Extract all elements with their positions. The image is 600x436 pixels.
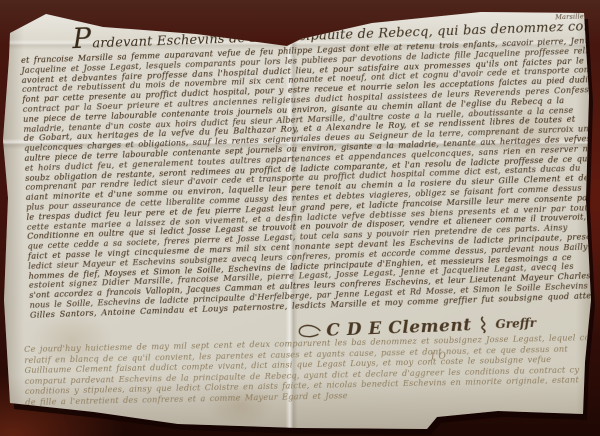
clerk-title: Greffr	[495, 316, 536, 332]
manuscript-paper: Pardevant Eschevins de La principauite d…	[0, 0, 600, 436]
manuscript-text-block: Pardevant Eschevins de La principauite d…	[20, 10, 596, 320]
manuscript-body: et francoise Marsille sa femme auparavan…	[21, 36, 596, 320]
addendum-block: Ce jourd'huy huictiesme de may mil sept …	[24, 332, 585, 407]
photograph-background: Pardevant Eschevins de La principauite d…	[0, 0, 600, 436]
heading-superscript: Marsille	[555, 5, 584, 28]
signature-knot-icon	[475, 316, 492, 335]
